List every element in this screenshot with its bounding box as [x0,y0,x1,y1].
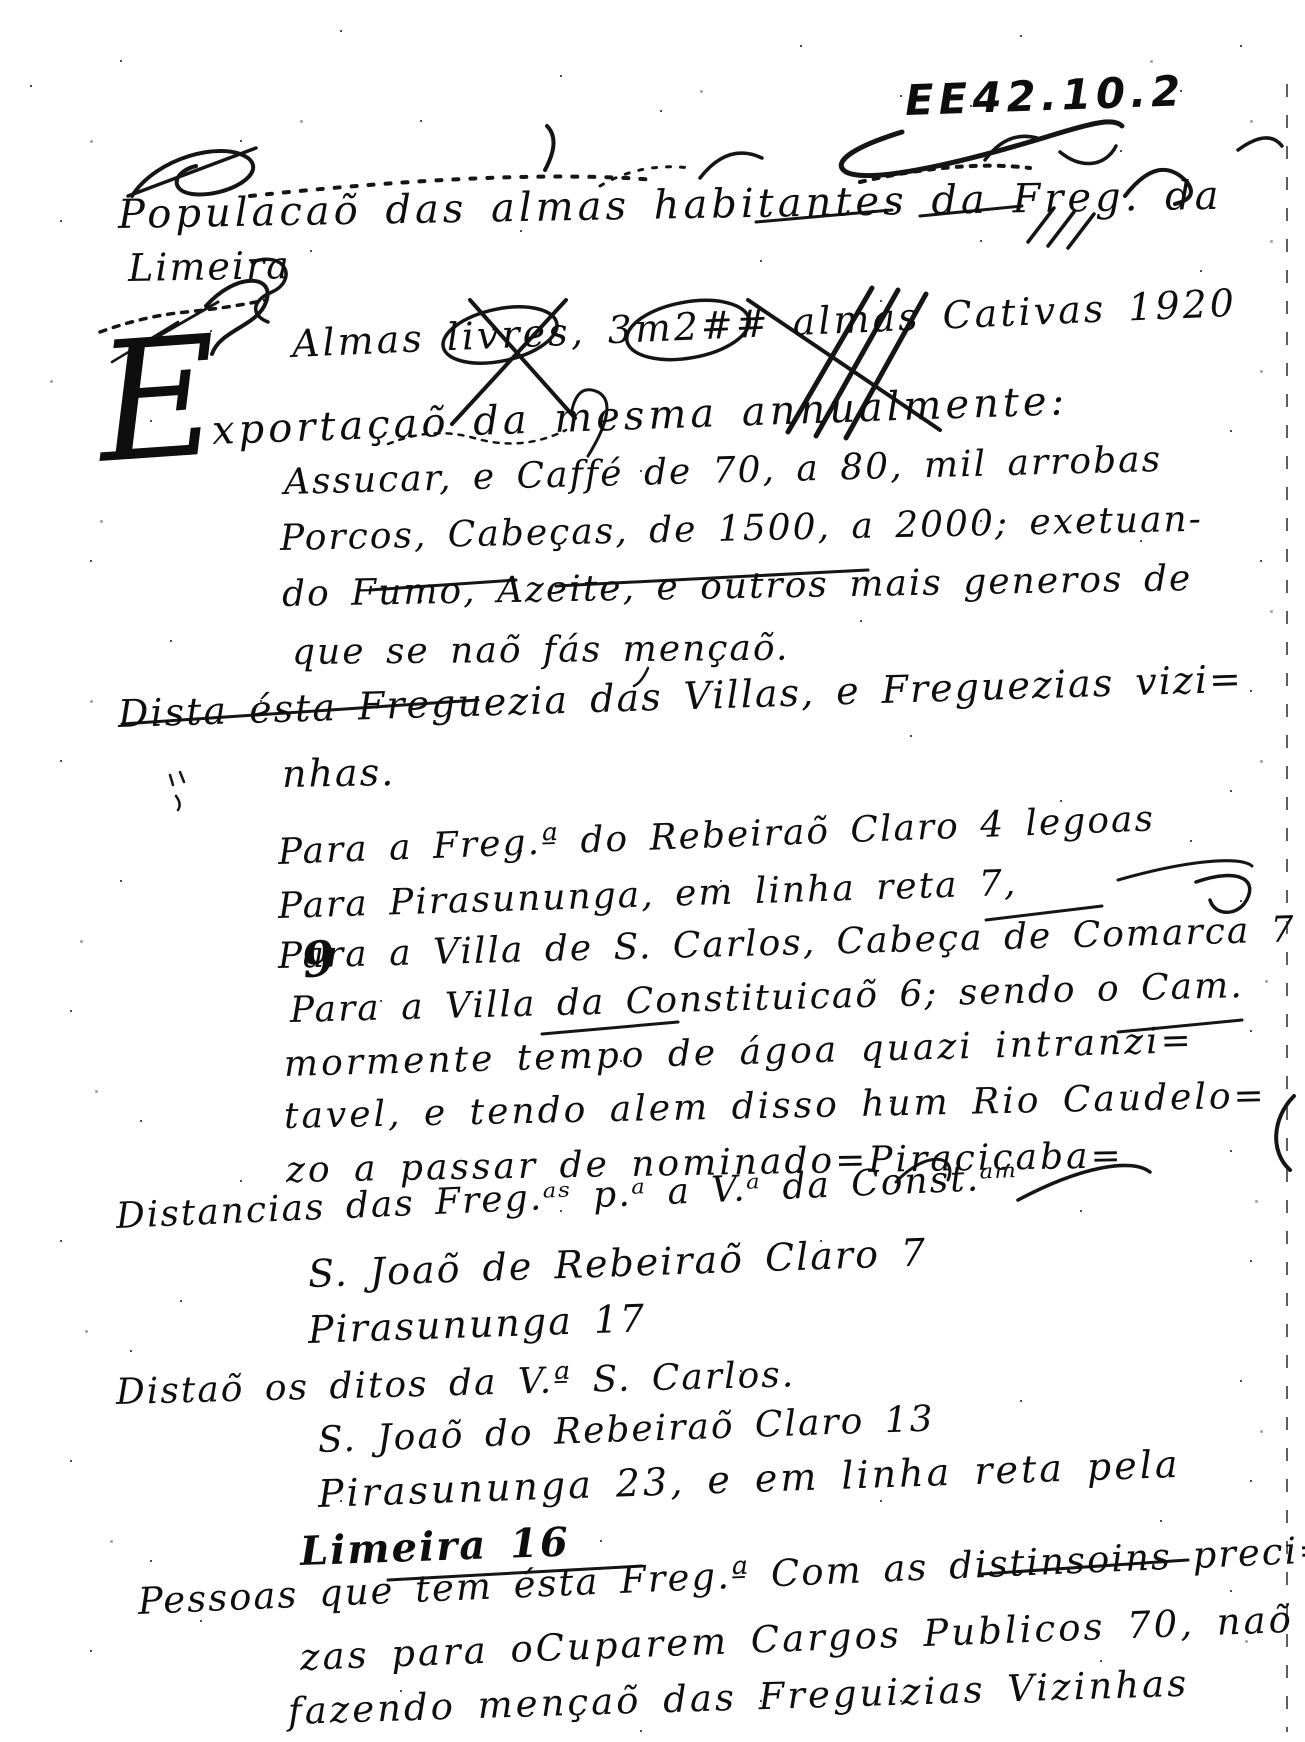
population-note: Almas livres, 3m2## almas Cativas 1920 [291,281,1238,366]
distances-villas-heading-2: nhas. [282,750,396,796]
constituicao-line-3: tavel, e tendo alem disso hum Rio Caudel… [284,1075,1268,1137]
scan-noise-dots-light [0,0,3,3]
distances-villas-item-1: Para a Freg.ª do Rebeiraõ Claro 4 legoas [277,798,1155,873]
exports-line-2: Porcos, Cabeças, de 1500, a 2000; exetua… [280,499,1204,559]
distances-const-item-1: S. Joaõ de Rebeiraõ Claro 7 [307,1230,928,1296]
exports-heading-initial: E [93,330,224,470]
manuscript-page: EE42.10.2 Populacaõ das almas habitantes… [0,0,1305,1742]
exports-heading: xportaçaõ da mesma annualmente: [211,378,1069,454]
stray-digit: 9 [298,929,341,989]
constituicao-line-2: mormente tempo de ágoa quazi intranzi= [283,1020,1194,1085]
exports-line-4: que se naõ fás mençaõ. [292,628,790,673]
constituicao-line-1: Para a Villa da Constituicaõ 6; sendo o … [289,965,1244,1031]
page-edge-line [1286,84,1288,1732]
title-line-2: Limeira [128,243,292,290]
distances-scarlos-item-1: S. Joaõ do Rebeiraõ Claro 13 [317,1398,935,1461]
distances-const-item-2: Pirasununga 17 [307,1296,647,1352]
exports-line-3: do Fumo, Azeite, e outros mais generos d… [282,558,1193,615]
title-line-1: Populacaõ das almas habitantes da Freg. … [118,173,1223,238]
archive-code: EE42.10.2 [904,66,1186,125]
exports-line-1: Assucar, e Caffé de 70, a 80, mil arroba… [283,439,1162,503]
distances-scarlos-heading: Distaõ os ditos da V.ª S. Carlos. [115,1354,795,1413]
distances-villas-item-2: Para Pirasununga, em linha reta 7, [277,863,1018,927]
